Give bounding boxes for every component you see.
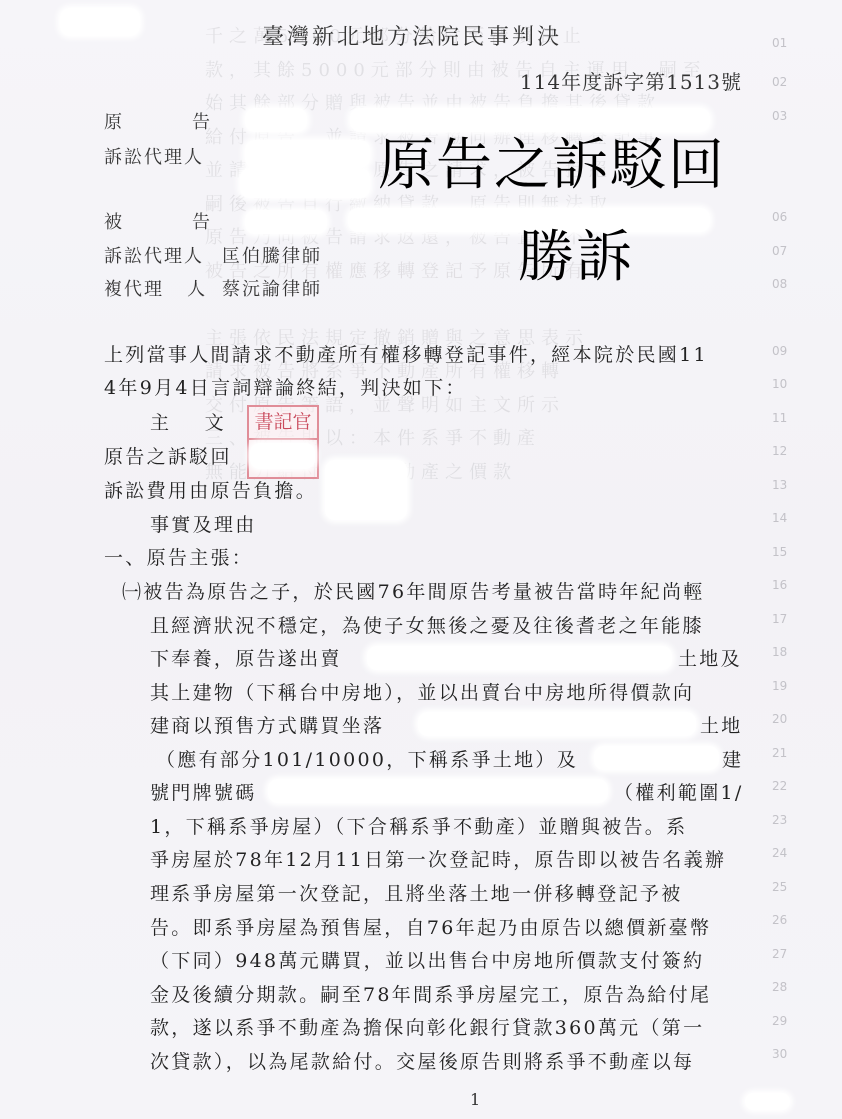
body-line-20-tail: 土地 <box>700 711 743 738</box>
section-one-heading: 一、原告主張： <box>104 543 253 570</box>
redaction <box>245 140 370 168</box>
redaction <box>325 460 407 520</box>
facts-heading: 事實及理由 <box>150 510 257 537</box>
redaction <box>418 712 696 736</box>
line-number: 09 <box>772 344 787 358</box>
redaction <box>350 108 710 132</box>
body-line-20: 建商以預售方式購買坐落 <box>150 711 384 738</box>
redaction <box>250 443 315 469</box>
intro-line-1: 上列當事人間請求不動產所有權移轉登記事件，經本院於民國11 <box>104 340 708 367</box>
role-sub-agent: 複代理 人 <box>104 275 222 301</box>
line-number: 16 <box>772 578 787 592</box>
line-number: 30 <box>772 1047 787 1061</box>
redaction <box>594 746 719 770</box>
body-line-27: （下同）948萬元購買，並以出售台中房地所價款支付簽約 <box>150 946 704 973</box>
body-line-24: 爭房屋於78年12月11日第一次登記時，原告即以被告名義辦 <box>150 845 726 872</box>
redaction <box>745 1093 790 1110</box>
body-line-22: 號門牌號碼 <box>150 778 257 805</box>
line-number: 12 <box>772 444 787 458</box>
body-line-21-tail: 建 <box>722 745 743 772</box>
line-number: 08 <box>772 277 787 291</box>
line-number: 10 <box>772 377 787 391</box>
line-number: 29 <box>772 1014 787 1028</box>
redaction <box>60 8 140 36</box>
overlay-headline: 原告之訴駁回 <box>378 138 726 194</box>
redaction <box>240 168 370 198</box>
body-line-18: 下奉養，原告遂出賣 <box>150 644 342 671</box>
body-line-21: （應有部分101/10000，下稱系爭土地）及 <box>156 745 578 772</box>
scanned-page: 千之萬5000元部分給付至清償日止 款，其餘5000元部分則由被告自主運用，嗣至… <box>0 0 842 1119</box>
party-sub-agent: 複代理 人蔡沅諭律師 <box>104 275 322 301</box>
court-title: 臺灣新北地方法院民事判決 <box>262 20 562 51</box>
line-number: 23 <box>772 813 787 827</box>
party-plaintiff: 原 告 <box>104 108 222 134</box>
line-number: 28 <box>772 980 787 994</box>
judgment-line-1: 原告之訴駁回 <box>104 442 232 469</box>
role-defendant: 被 告 <box>104 208 212 234</box>
body-line-19: 其上建物（下稱台中房地），並以出賣台中房地所得價款向 <box>150 678 694 705</box>
judgment-line-2: 訴訟費用由原告負擔。 <box>104 476 317 503</box>
body-line-22-tail: （權利範圍1/ <box>614 778 744 805</box>
body-line-25: 理系爭房屋第一次登記，且將坐落土地一併移轉登記予被 <box>150 879 683 906</box>
line-number: 27 <box>772 947 787 961</box>
line-number: 03 <box>772 109 787 123</box>
redaction <box>245 108 307 132</box>
body-line-26: 告。即系爭房屋為預售屋，自76年起乃由原告以總價新臺幣 <box>150 913 711 940</box>
redaction <box>367 646 672 670</box>
line-number: 19 <box>772 679 787 693</box>
line-number: 06 <box>772 210 787 224</box>
line-number: 18 <box>772 645 787 659</box>
redaction <box>245 210 327 234</box>
body-line-17: 且經濟狀況不穩定，為使子女無後之憂及往後耆老之年能膝 <box>150 611 704 638</box>
line-number: 17 <box>772 612 787 626</box>
line-number: 13 <box>772 478 787 492</box>
party-defendant: 被 告 <box>104 208 222 234</box>
main-text-heading: 主 文 <box>150 408 226 435</box>
body-line-23: 1，下稱系爭房屋）（下合稱系爭不動產）並贈與被告。系 <box>150 812 687 839</box>
line-number: 15 <box>772 545 787 559</box>
body-line-30: 次貸款），以為尾款給付。交屋後原告則將系爭不動產以每 <box>150 1047 694 1074</box>
line-number: 24 <box>772 846 787 860</box>
line-number: 01 <box>772 36 787 50</box>
line-number: 25 <box>772 880 787 894</box>
line-number: 14 <box>772 511 787 525</box>
sub-agent-name: 蔡沅諭律師 <box>222 279 322 300</box>
body-line-28: 金及後續分期款。嗣至78年間系爭房屋完工，原告為給付尾 <box>150 980 711 1007</box>
body-line-16: ㈠被告為原告之子，於民國76年間原告考量被告當時年紀尚輕 <box>122 577 705 604</box>
body-line-18-tail: 土地及 <box>678 644 742 671</box>
overlay-subline: 勝訴 <box>518 230 634 286</box>
intro-line-2: 4年9月4日言詞辯論終結，判決如下： <box>104 373 467 400</box>
redaction <box>268 779 608 803</box>
party-plaintiff-agent: 訴訟代理人 <box>104 143 204 169</box>
case-number: 114年度訴字第1513號 <box>520 66 742 95</box>
defendant-agent-name: 匡伯騰律師 <box>222 246 322 267</box>
party-defendant-agent: 訴訟代理人匡伯騰律師 <box>104 242 322 268</box>
page-number: 1 <box>470 1090 480 1109</box>
line-number: 07 <box>772 244 787 258</box>
clerk-stamp-label: 書記官 <box>249 407 317 440</box>
line-number: 02 <box>772 75 787 89</box>
line-number: 11 <box>772 411 787 425</box>
body-line-29: 款，遂以系爭不動產為擔保向彰化銀行貸款360萬元（第一 <box>150 1013 704 1040</box>
line-number: 21 <box>772 746 787 760</box>
line-number: 20 <box>772 712 787 726</box>
line-number: 22 <box>772 779 787 793</box>
line-number: 26 <box>772 913 787 927</box>
role-plaintiff: 原 告 <box>104 108 212 134</box>
